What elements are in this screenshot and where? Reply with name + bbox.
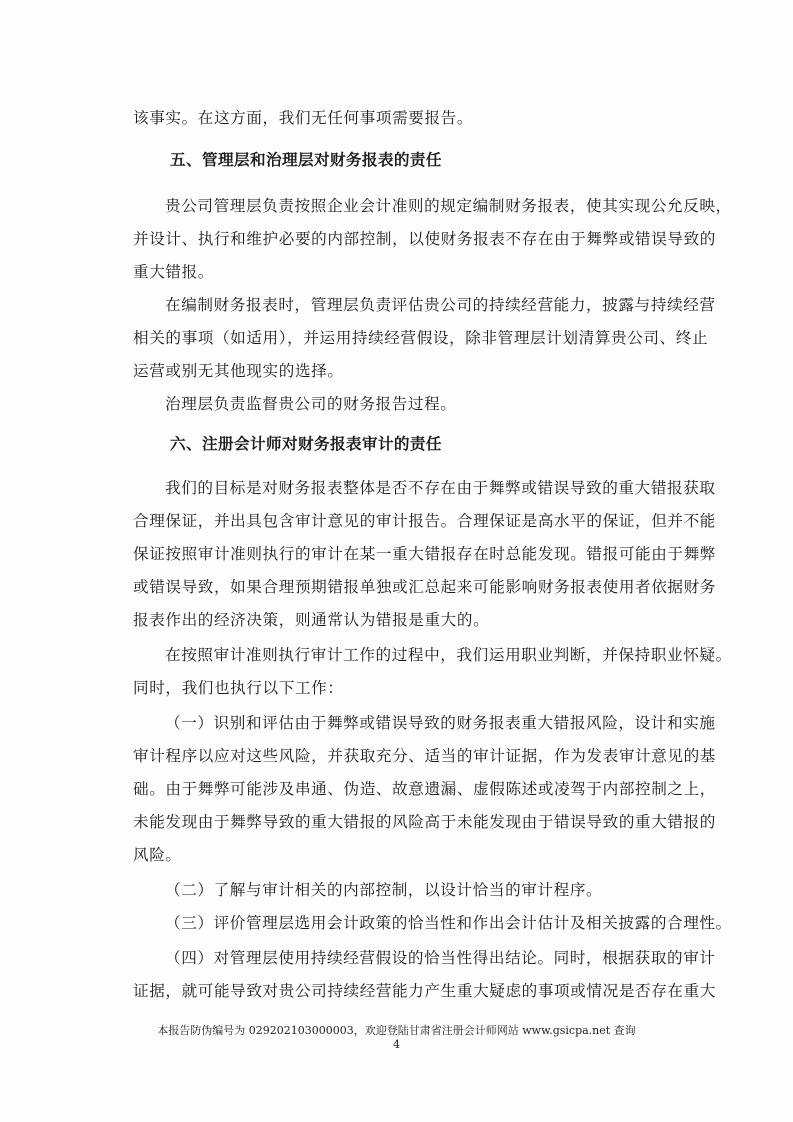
page-number: 4: [0, 1038, 793, 1051]
paragraph-line: （二）了解与审计相关的内部控制，以设计恰当的审计程序。: [165, 880, 695, 900]
paragraph-line: 证据，就可能导致对贵公司持续经营能力产生重大疑虑的事项或情况是否存在重大: [133, 981, 663, 1001]
paragraph-line: 重大错报。: [133, 262, 663, 282]
section-heading: 六、注册会计师对财务报表审计的责任: [170, 434, 700, 454]
paragraph-line: 合理保证，并出具包含审计意见的审计报告。合理保证是高水平的保证，但并不能: [133, 511, 663, 531]
paragraph-line: （四）对管理层使用持续经营假设的恰当性得出结论。同时，根据获取的审计: [165, 948, 695, 968]
anti-counterfeit-notice: 本报告防伪编号为 029202103000003，欢迎登陆甘肃省注册会计师网站 …: [0, 1022, 793, 1038]
paragraph-line: 报表作出的经济决策，则通常认为错报是重大的。: [133, 610, 663, 630]
paragraph-line: 同时，我们也执行以下工作：: [133, 678, 663, 698]
document-page: 该事实。在这方面，我们无任何事项需要报告。五、管理层和治理层对财务报表的责任贵公…: [0, 0, 793, 1122]
paragraph-line: 保证按照审计准则执行的审计在某一重大错报存在时总能发现。错报可能由于舞弊: [133, 544, 663, 564]
paragraph-line: 我们的目标是对财务报表整体是否不存在由于舞弊或错误导致的重大错报获取: [165, 478, 695, 498]
paragraph-line: （三）评价管理层选用会计政策的恰当性和作出会计估计及相关披露的合理性。: [165, 913, 695, 933]
paragraph-line: 在编制财务报表时，管理层负责评估贵公司的持续经营能力，披露与持续经营: [165, 295, 695, 315]
paragraph-line: 风险。: [133, 845, 663, 865]
paragraph-line: 审计程序以应对这些风险，并获取充分、适当的审计证据，作为发表审计意见的基: [133, 746, 663, 766]
paragraph-line: 相关的事项（如适用），并运用持续经营假设，除非管理层计划清算贵公司、终止: [133, 328, 663, 348]
paragraph-line: 并设计、执行和维护必要的内部控制，以使财务报表不存在由于舞弊或错误导致的: [133, 229, 663, 249]
paragraph-line: 未能发现由于舞弊导致的重大错报的风险高于未能发现由于错误导致的重大错报的: [133, 812, 663, 832]
paragraph-line: 治理层负责监督贵公司的财务报告过程。: [165, 394, 695, 414]
section-heading: 五、管理层和治理层对财务报表的责任: [170, 150, 700, 170]
paragraph-line: 或错误导致，如果合理预期错报单独或汇总起来可能影响财务报表使用者依据财务: [133, 577, 663, 597]
paragraph-line: （一）识别和评估由于舞弊或错误导致的财务报表重大错报风险，设计和实施: [165, 713, 695, 733]
paragraph-line: 础。由于舞弊可能涉及串通、伪造、故意遗漏、虚假陈述或凌驾于内部控制之上，: [133, 779, 663, 799]
paragraph-line: 运营或别无其他现实的选择。: [133, 361, 663, 381]
paragraph-line: 贵公司管理层负责按照企业会计准则的规定编制财务报表，使其实现公允反映，: [165, 196, 695, 216]
paragraph-line: 在按照审计准则执行审计工作的过程中，我们运用职业判断，并保持职业怀疑。: [165, 645, 695, 665]
paragraph-line: 该事实。在这方面，我们无任何事项需要报告。: [133, 108, 663, 128]
